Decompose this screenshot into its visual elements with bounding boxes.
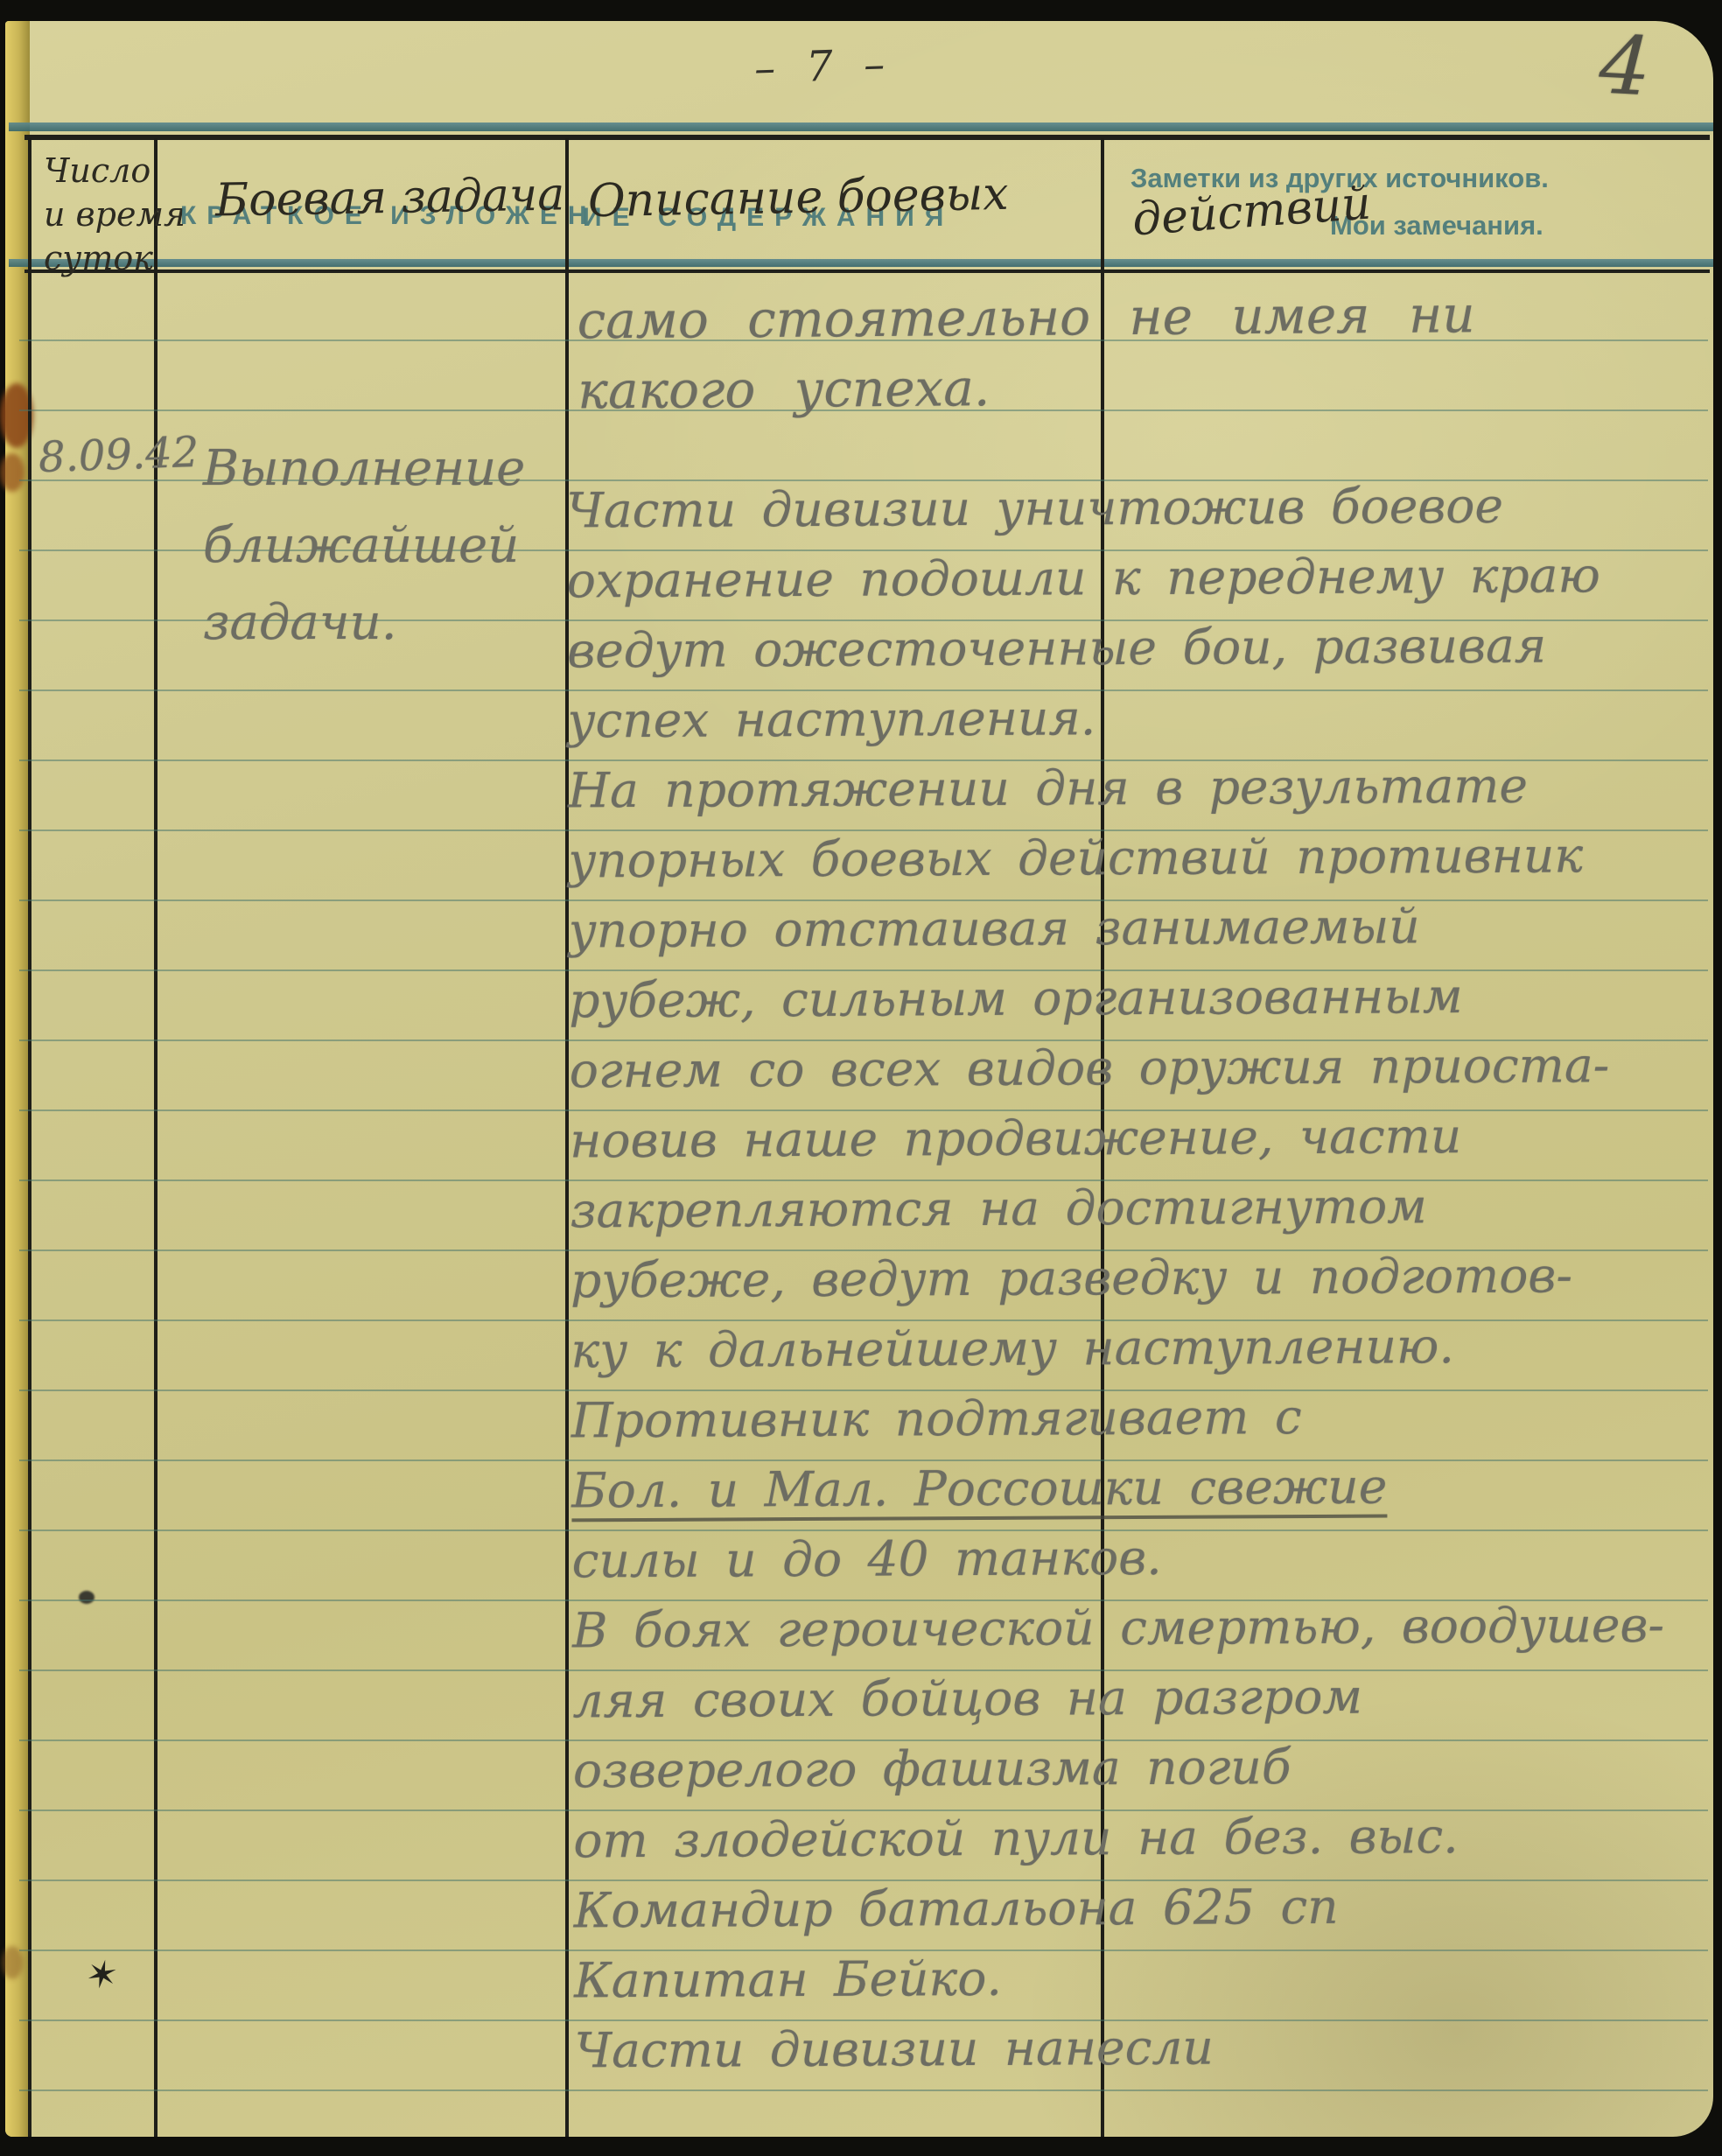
page-number-center: – 7 – <box>753 39 894 94</box>
handwritten-line: Выполнение <box>203 430 570 507</box>
handwritten-line: рубеже, ведут разведку и подготов- <box>570 1240 1708 1316</box>
handwritten-line: рубеж, сильным организованным <box>569 960 1706 1036</box>
page-spine-edge <box>5 21 30 2137</box>
handwritten-line: Капитан Бейко. <box>574 1940 1711 2016</box>
header-top-teal-rule <box>9 122 1713 131</box>
handwritten-line: Части дивизии уничтожив боевое <box>566 470 1704 546</box>
ruled-line <box>19 2089 1708 2091</box>
handwritten-line: закрепляются на достигнутом <box>570 1170 1707 1246</box>
handwritten-line: успех наступления. <box>567 680 1704 756</box>
handwritten-line: ляя своих бойцов на разгром <box>572 1660 1710 1736</box>
handwritten-line: На протяжении дня в результате <box>568 750 1705 826</box>
handwritten-line: огнем со всех видов оружия приоста- <box>570 1030 1707 1106</box>
page-number-corner: 4 <box>1597 18 1653 115</box>
handwritten-line: ку к дальнейшему наступлению. <box>570 1310 1708 1386</box>
handwritten-line: упорно отстаивая занимаемый <box>569 890 1706 966</box>
handwritten-line: силы и до 40 танков. <box>571 1520 1709 1596</box>
description-column-header: Описание боевых <box>588 168 1010 227</box>
task-column-header: Боевая задача <box>215 169 565 227</box>
handwritten-line: само стоятельно не имея ни <box>577 278 1680 356</box>
handwritten-line: новив наше продвижение, части <box>570 1100 1707 1176</box>
handwritten-line: задачи. <box>203 584 570 661</box>
handwritten-line: охранение подошли к переднему краю <box>567 540 1704 616</box>
scanned-journal-page: ✶ – 7 – 4 Числои времясуток КРАТКОЕ ИЗЛО… <box>0 0 1722 2156</box>
handwritten-line: озверелого фашизма погиб <box>573 1730 1711 1806</box>
handwritten-line: Части дивизии нанесли <box>574 2010 1711 2086</box>
table-left-border <box>28 138 31 2137</box>
task-lines: Выполнениеближайшейзадачи. <box>203 430 570 661</box>
rust-stain <box>0 453 24 492</box>
handwritten-line: ближайшей <box>203 507 570 584</box>
table-top-border <box>24 135 1710 140</box>
entry-date: 8.09.42 <box>38 428 199 482</box>
handwritten-line: от злодейской пули на без. выс. <box>573 1800 1711 1876</box>
handwritten-line: Командир батальона 625 сп <box>574 1870 1711 1946</box>
ink-blot <box>79 1591 94 1604</box>
description-lines: Части дивизии уничтожив боевоеохранение … <box>566 470 1712 2086</box>
date-column-header: Числои времясуток <box>44 149 162 280</box>
header-bottom-teal-rule <box>9 259 1713 267</box>
handwritten-line: какого успеха. <box>577 348 1681 426</box>
handwritten-line: В боях героической смертью, воодушев- <box>572 1590 1710 1666</box>
handwritten-line: ведут ожесточенные бои, развивая <box>567 610 1704 686</box>
handwritten-line: Число <box>44 149 162 192</box>
handwritten-line: и время <box>44 192 162 236</box>
carryover-lines: само стоятельно не имея никакого успеха. <box>577 278 1680 426</box>
handwritten-line: суток <box>44 236 162 280</box>
handwritten-line: Противник подтягивает с <box>571 1380 1709 1456</box>
handwritten-line: Бол. и Мал. Россошки свежие <box>571 1450 1709 1526</box>
header-bottom-border <box>24 269 1710 273</box>
handwritten-line: упорных боевых действий противник <box>568 820 1705 896</box>
